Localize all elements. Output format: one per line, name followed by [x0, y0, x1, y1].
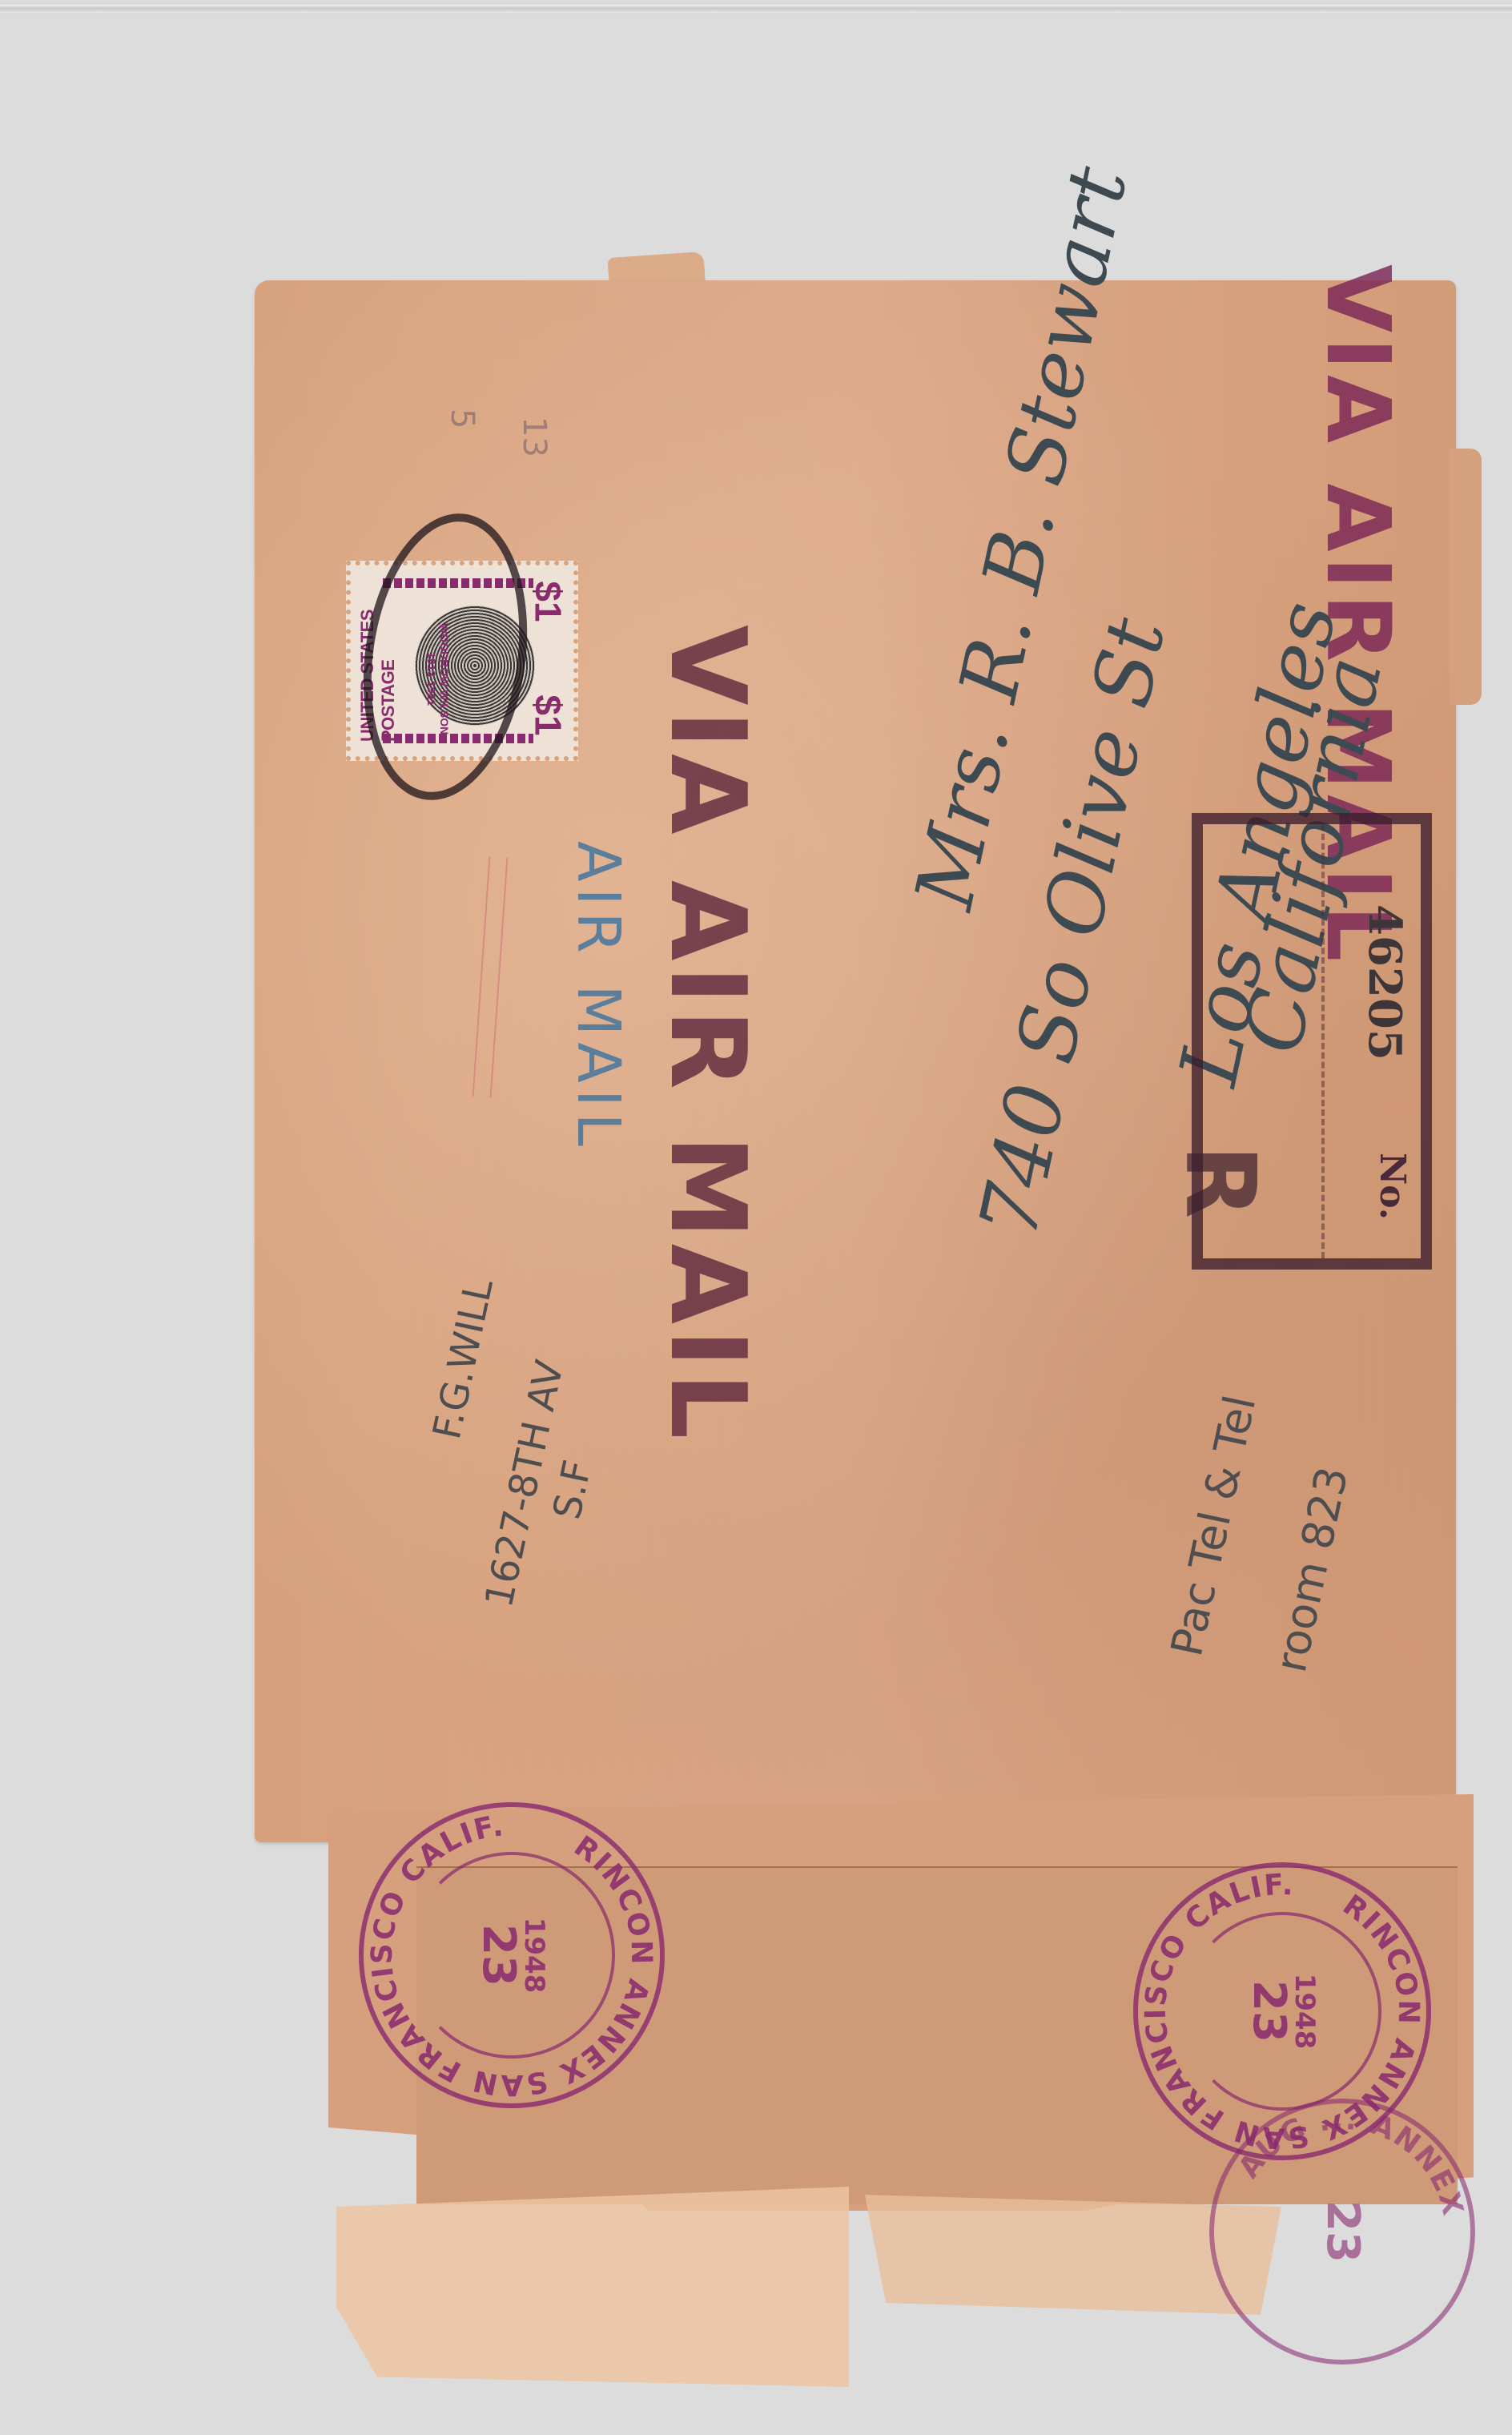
- postmark-day: 23: [1246, 1974, 1291, 2050]
- stamp-denomination: $1: [526, 581, 569, 622]
- air-mail-handwritten: AIR MAIL: [564, 841, 633, 1153]
- torn-edge-right: [1450, 449, 1482, 705]
- pencil-note: 5: [444, 409, 481, 429]
- postmark-day: 23: [1320, 2200, 1365, 2263]
- postmark-rincon-annex: RINCON ANNEX SAN FRANCISCO CALIF. 1948 2…: [359, 1802, 665, 2108]
- registration-label: R: [1164, 1145, 1275, 1218]
- postmark-date: 1948 23: [1246, 1974, 1318, 2050]
- scanner-edge: [0, 5, 1512, 13]
- registration-no-label: No.: [1372, 1153, 1413, 1220]
- stamp-caption: WOODROW WILSON 1913-1921: [425, 623, 451, 735]
- stamp-years: 1913-1921: [425, 652, 438, 706]
- stamp-border-bar: [383, 578, 533, 588]
- via-air-mail-stamp: VIA AIR MAIL: [647, 625, 769, 1443]
- postmark-date: 23: [1320, 2200, 1365, 2263]
- stamp-country-text: UNITED STATES POSTAGE: [357, 525, 399, 742]
- stamp-subject: WOODROW WILSON: [438, 623, 451, 735]
- tape-strip: [336, 2187, 849, 2387]
- postmark-day: 23: [476, 1918, 521, 1994]
- postmark-partial: AUG ... ANNEX 23: [1209, 2099, 1475, 2365]
- registration-number: 46205: [1358, 904, 1411, 1061]
- registration-box: R 46205 No.: [1192, 813, 1432, 1270]
- postmark-date: 1948 23: [476, 1918, 548, 1994]
- stamp-denomination: $1: [526, 694, 569, 735]
- postage-stamp: UNITED STATES POSTAGE WOODROW WILSON 191…: [346, 561, 578, 761]
- pencil-note: 13: [516, 417, 553, 457]
- postmark-year: 1948: [1291, 1974, 1318, 2050]
- postmark-year: 1948: [521, 1918, 548, 1994]
- stamp-border-bar: [383, 734, 533, 743]
- registration-divider: [1321, 824, 1326, 1258]
